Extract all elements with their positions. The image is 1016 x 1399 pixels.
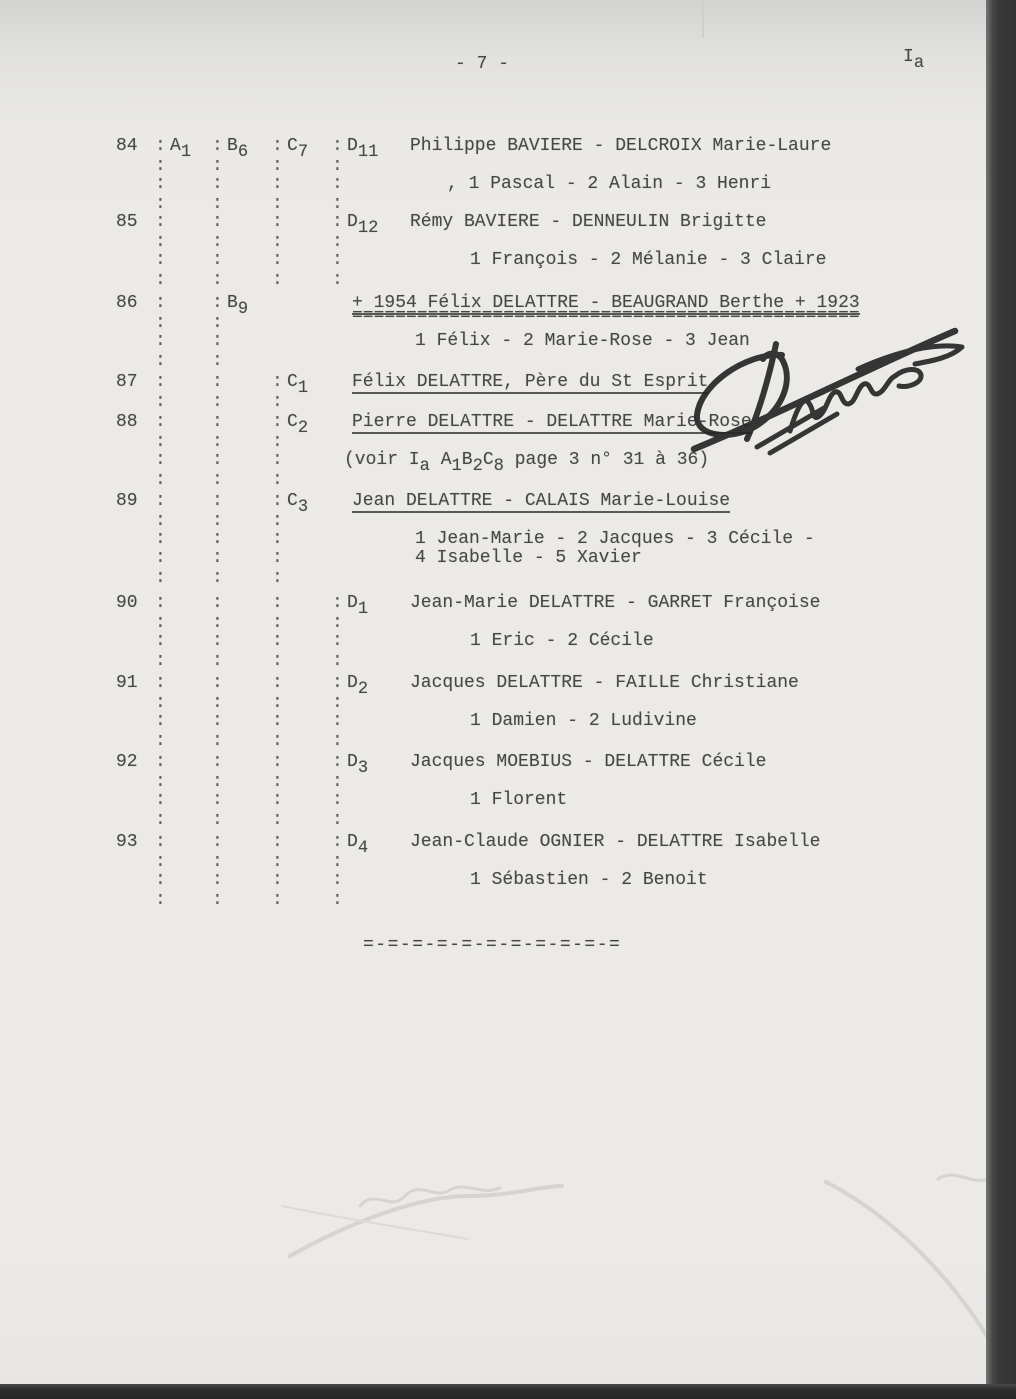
guide-colon: : (332, 753, 343, 771)
double-rule: ========================================… (352, 307, 860, 325)
scan-edge-bottom (0, 1384, 1016, 1399)
guide-colon: : (332, 833, 343, 851)
guide-colon: : (155, 632, 166, 650)
guide-colon: : (155, 213, 166, 231)
guide-colon: : (332, 213, 343, 231)
guide-colon: : (155, 471, 166, 489)
guide-colon: : (212, 233, 223, 251)
guide-colon: : (332, 233, 343, 251)
lineage-code: D11 (347, 137, 378, 155)
bleedthrough-marks (0, 0, 1016, 1399)
guide-colon: : (272, 891, 283, 909)
guide-colon: : (212, 674, 223, 692)
guide-colon: : (272, 530, 283, 548)
children-line: 1 Florent (470, 791, 567, 809)
guide-colon: : (272, 732, 283, 750)
lineage-code: C2 (287, 413, 308, 431)
children-line: 4 Isabelle - 5 Xavier (415, 549, 642, 567)
guide-colon: : (212, 433, 223, 451)
guide-colon: : (272, 811, 283, 829)
guide-colon: : (212, 271, 223, 289)
guide-colon: : (212, 373, 223, 391)
guide-colon: : (212, 352, 223, 370)
guide-colon: : (272, 251, 283, 269)
page-number: - 7 - (455, 55, 509, 73)
entry-number: 84 (116, 137, 138, 155)
guide-colon: : (332, 811, 343, 829)
guide-colon: : (272, 549, 283, 567)
guide-colon: : (272, 413, 283, 431)
guide-colon: : (155, 451, 166, 469)
signature-ink (0, 0, 1016, 1399)
guide-colon: : (155, 853, 166, 871)
guide-colon: : (332, 891, 343, 909)
guide-colon: : (272, 271, 283, 289)
guide-colon: : (155, 512, 166, 530)
guide-colon: : (155, 352, 166, 370)
guide-colon: : (212, 549, 223, 567)
guide-colon: : (155, 195, 166, 213)
guide-colon: : (332, 157, 343, 175)
guide-colon: : (155, 732, 166, 750)
lineage-code: D12 (347, 213, 378, 231)
guide-colon: : (332, 674, 343, 692)
guide-colon: : (212, 614, 223, 632)
entry-number: 91 (116, 674, 138, 692)
guide-colon: : (155, 549, 166, 567)
guide-colon: : (155, 614, 166, 632)
guide-colon: : (155, 157, 166, 175)
guide-colon: : (155, 569, 166, 587)
guide-colon: : (212, 137, 223, 155)
children-line: 1 Félix - 2 Marie-Rose - 3 Jean (415, 332, 750, 350)
end-divider: =-=-=-=-=-=-=-=-=-=-= (363, 936, 621, 954)
guide-colon: : (332, 853, 343, 871)
entry-title: Philippe BAVIERE - DELCROIX Marie-Laure (410, 137, 831, 155)
entry-number: 93 (116, 833, 138, 851)
entry-title: Jacques MOEBIUS - DELATTRE Cécile (410, 753, 766, 771)
children-line: 1 François - 2 Mélanie - 3 Claire (470, 251, 826, 269)
guide-colon: : (332, 271, 343, 289)
children-line: 1 Sébastien - 2 Benoit (470, 871, 708, 889)
guide-colon: : (332, 195, 343, 213)
entry-title: Jacques DELATTRE - FAILLE Christiane (410, 674, 799, 692)
guide-colon: : (212, 712, 223, 730)
lineage-code: A1 (170, 137, 191, 155)
guide-colon: : (272, 233, 283, 251)
guide-colon: : (272, 471, 283, 489)
guide-colon: : (272, 492, 283, 510)
guide-colon: : (212, 451, 223, 469)
guide-colon: : (272, 594, 283, 612)
guide-colon: : (155, 492, 166, 510)
guide-colon: : (212, 871, 223, 889)
guide-colon: : (155, 712, 166, 730)
guide-colon: : (212, 594, 223, 612)
guide-colon: : (272, 753, 283, 771)
guide-colon: : (272, 569, 283, 587)
guide-colon: : (212, 175, 223, 193)
guide-colon: : (272, 791, 283, 809)
guide-colon: : (332, 791, 343, 809)
lineage-code: C3 (287, 492, 308, 510)
guide-colon: : (332, 712, 343, 730)
guide-colon: : (212, 213, 223, 231)
guide-colon: : (272, 712, 283, 730)
guide-colon: : (332, 773, 343, 791)
children-line: 1 Eric - 2 Cécile (470, 632, 654, 650)
guide-colon: : (212, 512, 223, 530)
lineage-code: C1 (287, 373, 308, 391)
guide-colon: : (212, 811, 223, 829)
guide-colon: : (212, 413, 223, 431)
guide-colon: : (155, 175, 166, 193)
guide-colon: : (155, 271, 166, 289)
scan-edge-right (986, 0, 1016, 1399)
scanned-genealogy-page: - 7 - Ia 84::::A1B6C7D11Philippe BAVIERE… (0, 0, 1016, 1399)
entry-title: Félix DELATTRE, Père du St Esprit (352, 373, 708, 394)
guide-colon: : (212, 530, 223, 548)
guide-colon: : (272, 833, 283, 851)
guide-colon: : (155, 833, 166, 851)
guide-colon: : (212, 471, 223, 489)
entry-number: 90 (116, 594, 138, 612)
guide-colon: : (155, 694, 166, 712)
guide-colon: : (272, 632, 283, 650)
entry-title: Jean DELATTRE - CALAIS Marie-Louise (352, 492, 730, 513)
guide-colon: : (212, 833, 223, 851)
guide-colon: : (332, 251, 343, 269)
guide-colon: : (155, 594, 166, 612)
lineage-code: D2 (347, 674, 368, 692)
guide-colon: : (272, 853, 283, 871)
guide-colon: : (155, 294, 166, 312)
guide-colon: : (272, 175, 283, 193)
guide-colon: : (272, 694, 283, 712)
guide-colon: : (272, 773, 283, 791)
entry-title: Jean-Claude OGNIER - DELATTRE Isabelle (410, 833, 820, 851)
guide-colon: : (212, 632, 223, 650)
guide-colon: : (155, 373, 166, 391)
guide-colon: : (155, 530, 166, 548)
guide-colon: : (155, 811, 166, 829)
guide-colon: : (212, 195, 223, 213)
guide-colon: : (332, 175, 343, 193)
children-line: , 1 Pascal - 2 Alain - 3 Henri (447, 175, 771, 193)
guide-colon: : (155, 137, 166, 155)
guide-colon: : (155, 773, 166, 791)
guide-colon: : (212, 694, 223, 712)
guide-colon: : (272, 195, 283, 213)
guide-colon: : (272, 674, 283, 692)
lineage-code: D3 (347, 753, 368, 771)
guide-colon: : (212, 492, 223, 510)
guide-colon: : (155, 674, 166, 692)
entry-number: 92 (116, 753, 138, 771)
guide-colon: : (212, 891, 223, 909)
guide-colon: : (272, 433, 283, 451)
lineage-code: B6 (227, 137, 248, 155)
guide-colon: : (332, 694, 343, 712)
guide-colon: : (155, 251, 166, 269)
guide-colon: : (272, 213, 283, 231)
guide-colon: : (332, 871, 343, 889)
guide-colon: : (272, 871, 283, 889)
guide-colon: : (332, 614, 343, 632)
children-line: 1 Jean-Marie - 2 Jacques - 3 Cécile - (415, 530, 815, 548)
guide-colon: : (155, 433, 166, 451)
guide-colon: : (212, 652, 223, 670)
guide-colon: : (212, 791, 223, 809)
guide-colon: : (272, 137, 283, 155)
guide-colon: : (155, 871, 166, 889)
guide-colon: : (272, 393, 283, 411)
guide-colon: : (272, 157, 283, 175)
guide-colon: : (212, 332, 223, 350)
guide-colon: : (155, 652, 166, 670)
lineage-code: D1 (347, 594, 368, 612)
note-line: (voir Ia A1B2C8 page 3 n° 31 à 36) (344, 451, 709, 469)
entry-number: 89 (116, 492, 138, 510)
guide-colon: : (155, 314, 166, 332)
guide-colon: : (332, 594, 343, 612)
guide-colon: : (272, 614, 283, 632)
guide-colon: : (212, 393, 223, 411)
guide-colon: : (332, 137, 343, 155)
guide-colon: : (155, 413, 166, 431)
guide-colon: : (272, 652, 283, 670)
guide-colon: : (332, 732, 343, 750)
section-label: Ia (903, 48, 924, 66)
guide-colon: : (272, 512, 283, 530)
guide-colon: : (155, 233, 166, 251)
guide-colon: : (272, 451, 283, 469)
guide-colon: : (212, 773, 223, 791)
guide-colon: : (212, 569, 223, 587)
entry-title: Rémy BAVIERE - DENNEULIN Brigitte (410, 213, 766, 231)
guide-colon: : (212, 294, 223, 312)
entry-title: Pierre DELATTRE - DELATTRE Marie-Rose (352, 413, 752, 434)
entry-number: 86 (116, 294, 138, 312)
guide-colon: : (332, 652, 343, 670)
children-line: 1 Damien - 2 Ludivine (470, 712, 697, 730)
lineage-code: B9 (227, 294, 248, 312)
guide-colon: : (212, 314, 223, 332)
guide-colon: : (155, 753, 166, 771)
entry-number: 87 (116, 373, 138, 391)
guide-colon: : (212, 157, 223, 175)
lineage-code: D4 (347, 833, 368, 851)
guide-colon: : (155, 332, 166, 350)
scan-crease (702, 0, 704, 38)
lineage-code: C7 (287, 137, 308, 155)
guide-colon: : (212, 853, 223, 871)
guide-colon: : (155, 891, 166, 909)
entry-number: 88 (116, 413, 138, 431)
guide-colon: : (155, 393, 166, 411)
entry-title: Jean-Marie DELATTRE - GARRET Françoise (410, 594, 820, 612)
guide-colon: : (332, 632, 343, 650)
guide-colon: : (212, 251, 223, 269)
entry-number: 85 (116, 213, 138, 231)
guide-colon: : (272, 373, 283, 391)
guide-colon: : (155, 791, 166, 809)
guide-colon: : (212, 732, 223, 750)
guide-colon: : (212, 753, 223, 771)
